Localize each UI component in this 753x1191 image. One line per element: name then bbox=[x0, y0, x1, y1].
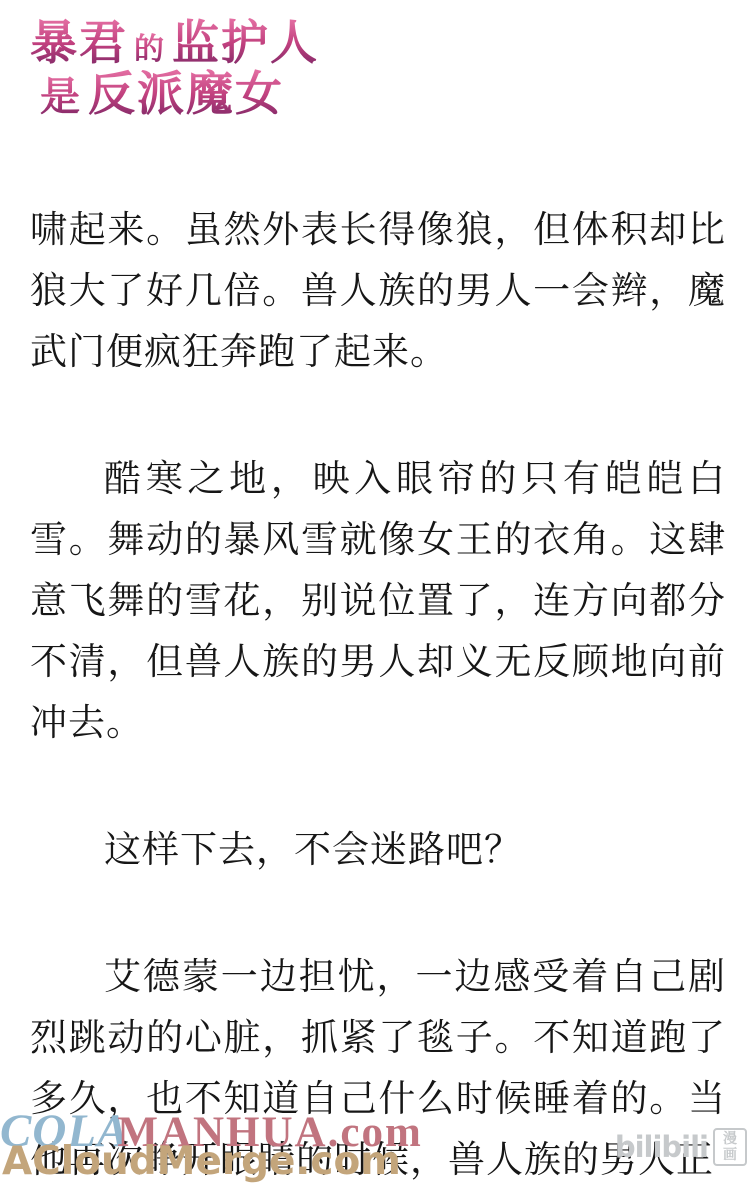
series-logo-text: 暴君 bbox=[30, 18, 128, 70]
series-logo-line2: 是 反派魔女 bbox=[40, 71, 319, 120]
watermark-acloudmerge: ACloudMerge.com bbox=[2, 1142, 401, 1181]
novel-paragraph: 啸起来。虽然外表长得像狼，但体积却比狼大了好几倍。兽人族的男人一会辫，魔武门便疯… bbox=[30, 200, 726, 383]
novel-paragraph: 这样下去，不会迷路吧？ bbox=[30, 820, 726, 881]
series-logo-text: 反派魔女 bbox=[88, 69, 284, 121]
bilibili-manga-badge: 漫 画 bbox=[713, 1128, 747, 1166]
series-logo: 暴君 的 监护人 是 反派魔女 bbox=[30, 20, 319, 120]
bilibili-badge-char: 漫 bbox=[723, 1131, 737, 1147]
series-logo-text: 的 bbox=[134, 33, 166, 66]
series-logo-text: 监护人 bbox=[172, 18, 319, 70]
bilibili-badge-char: 画 bbox=[723, 1147, 737, 1163]
series-logo-line1: 暴君 的 监护人 bbox=[30, 20, 319, 69]
series-logo-text: 是 bbox=[40, 74, 82, 119]
bilibili-wordmark: bilibili bbox=[615, 1133, 708, 1162]
novel-paragraph: 酷寒之地，映入眼帘的只有皑皑白雪。舞动的暴风雪就像女王的衣角。这肆意飞舞的雪花，… bbox=[30, 449, 726, 754]
novel-text-block: 啸起来。虽然外表长得像狼，但体积却比狼大了好几倍。兽人族的男人一会辫，魔武门便疯… bbox=[30, 200, 726, 1191]
bilibili-manga-logo: bilibili 漫 画 bbox=[615, 1128, 747, 1166]
